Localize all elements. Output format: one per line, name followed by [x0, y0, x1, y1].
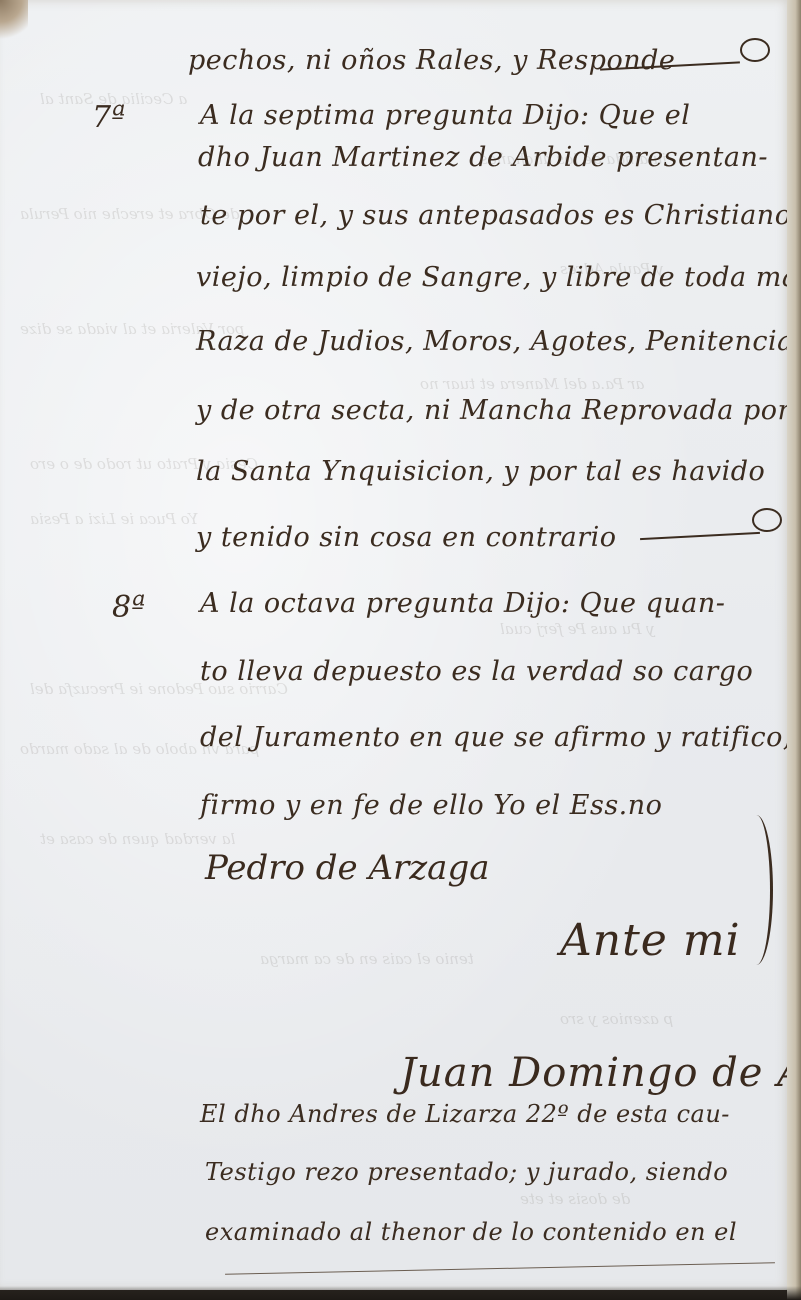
signature-ante-mi: Ante mi — [560, 915, 741, 966]
signature-flourish — [740, 815, 773, 965]
bleed-through-text: de dosis et ete — [520, 1190, 630, 1208]
bleed-through-text: y Pu aus Pe ferj cual — [500, 620, 655, 638]
text-line-3: dho Juan Martinez de Arbide presentan- — [198, 142, 768, 173]
text-line-1: pechos, ni oños Rales, y Responde — [188, 45, 675, 76]
text-line-11: to lleva depuesto es la verdad so cargo — [200, 656, 753, 687]
text-line-12: del Juramento en que se afirmo y ratific… — [200, 722, 792, 753]
bottom-shadow — [0, 1286, 801, 1300]
closing-line-1: El dho Andres de Lizarza 22º de esta cau… — [200, 1100, 730, 1128]
text-line-8: la Santa Ynquisicion, y por tal es havid… — [196, 456, 765, 487]
bleed-through-text: tenio el cais en de ca marga — [260, 950, 474, 968]
signature-pedro-de-arzaga: Pedro de Arzaga — [205, 848, 489, 888]
bleed-through-text: la verdad quen de casa et — [40, 830, 235, 848]
text-line-4: te por el, y sus antepasados es Christia… — [200, 200, 791, 231]
frayed-corner — [0, 0, 28, 40]
bleed-through-text: Yo Puca ie Lizi a Pesia — [30, 510, 198, 528]
bleed-through-text: ar Pa.a del Manera et tuar no — [420, 375, 644, 393]
text-line-5: viejo, limpio de Sangre, y libre de toda… — [196, 262, 801, 293]
page-edge — [787, 0, 801, 1300]
rubric-stroke — [640, 532, 760, 540]
manuscript-page: a Cecilia de Sant al ju ainda de los ali… — [0, 0, 792, 1290]
text-line-7: y de otra secta, ni Mancha Reprovada por — [196, 395, 791, 426]
margin-note-7: 7ª — [92, 100, 125, 135]
text-line-2: A la septima pregunta Dijo: Que el — [200, 100, 690, 131]
signature-juan-domingo-de-alda: Juan Domingo de Alda — [400, 1050, 801, 1096]
flourish-mark — [752, 508, 782, 532]
text-line-9: y tenido sin cosa en contrario — [196, 522, 617, 553]
bleed-through-text: p azenios y sro — [560, 1010, 673, 1028]
text-line-10: A la octava pregunta Dijo: Que quan- — [200, 588, 725, 619]
flourish-mark — [740, 38, 770, 62]
closing-line-2: Testigo rezo presentado; y jurado, siend… — [205, 1158, 728, 1186]
closing-line-3: examinado al thenor de lo contenido en e… — [205, 1218, 737, 1246]
text-line-6: Raza de Judios, Moros, Agotes, Penitenci… — [196, 326, 801, 357]
closing-rule — [225, 1262, 775, 1275]
margin-note-8: 8ª — [112, 590, 145, 625]
text-line-13: firmo y en fe de ello Yo el Ess.no — [200, 790, 662, 821]
